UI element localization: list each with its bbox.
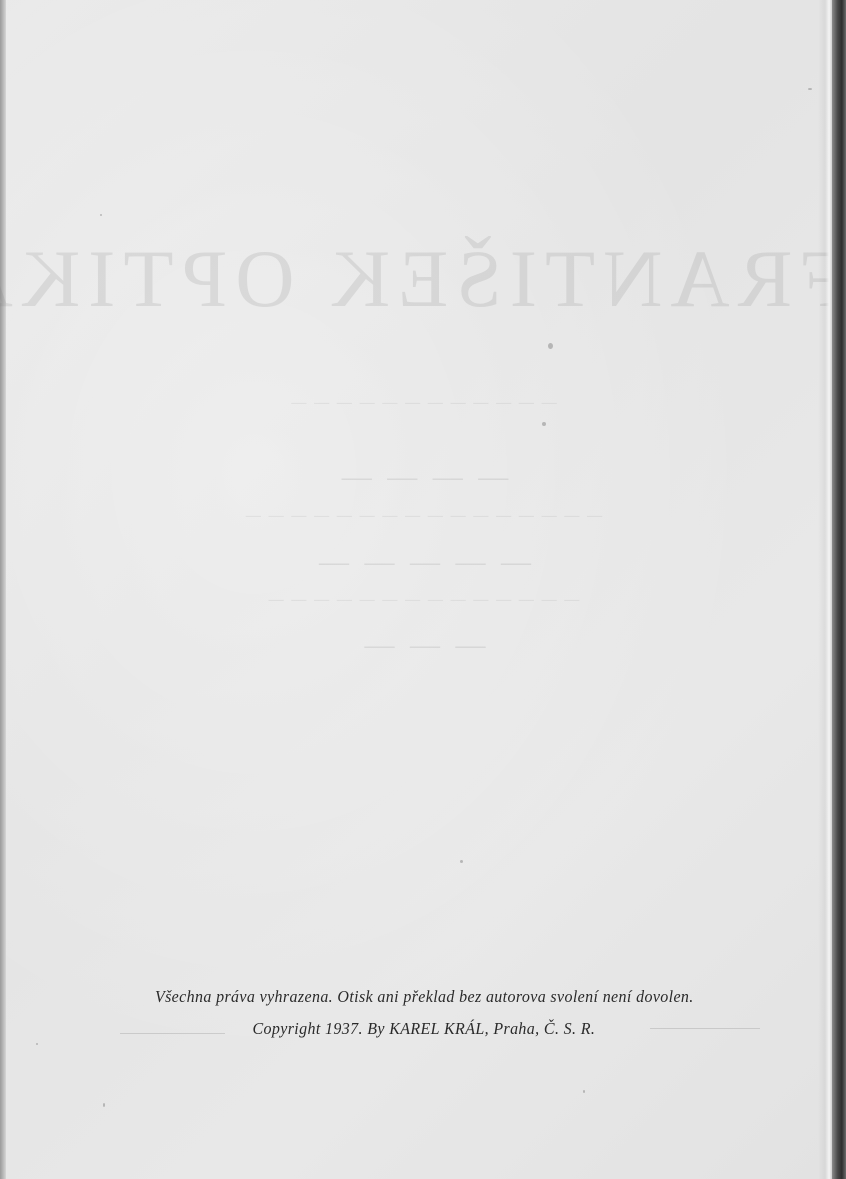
bleed-through-line: — — — — — — — — — — — — — —	[0, 592, 846, 609]
book-page: FRANTIŠEK OPTIKA — — — — — — — — — — — —…	[0, 0, 846, 1179]
paper-speck	[36, 1043, 38, 1045]
paper-speck	[548, 343, 553, 349]
book-binding-edge	[832, 0, 846, 1179]
paper-speck	[103, 1103, 105, 1107]
paper-speck	[542, 422, 546, 426]
paper-speck	[808, 88, 812, 90]
paper-speck	[583, 1090, 585, 1093]
bleed-through-title: FRANTIŠEK OPTIKA	[0, 232, 846, 326]
bleed-through-name: — — — — —	[0, 545, 846, 579]
paper-speck	[100, 214, 102, 216]
paper-speck	[460, 860, 463, 863]
copyright-line: Copyright 1937. By KAREL KRÁL, Praha, Č.…	[26, 1019, 821, 1039]
bleed-through-name: — — — —	[0, 460, 846, 494]
bleed-through-name: — — —	[0, 628, 846, 662]
rights-notice: Všechna práva vyhrazena. Otisk ani překl…	[27, 987, 822, 1007]
bleed-through-line: — — — — — — — — — — — —	[0, 395, 846, 412]
page-fold-shadow	[818, 0, 832, 1179]
bleed-through-line: — — — — — — — — — — — — — — — —	[0, 508, 846, 525]
page-left-edge	[0, 0, 6, 1179]
